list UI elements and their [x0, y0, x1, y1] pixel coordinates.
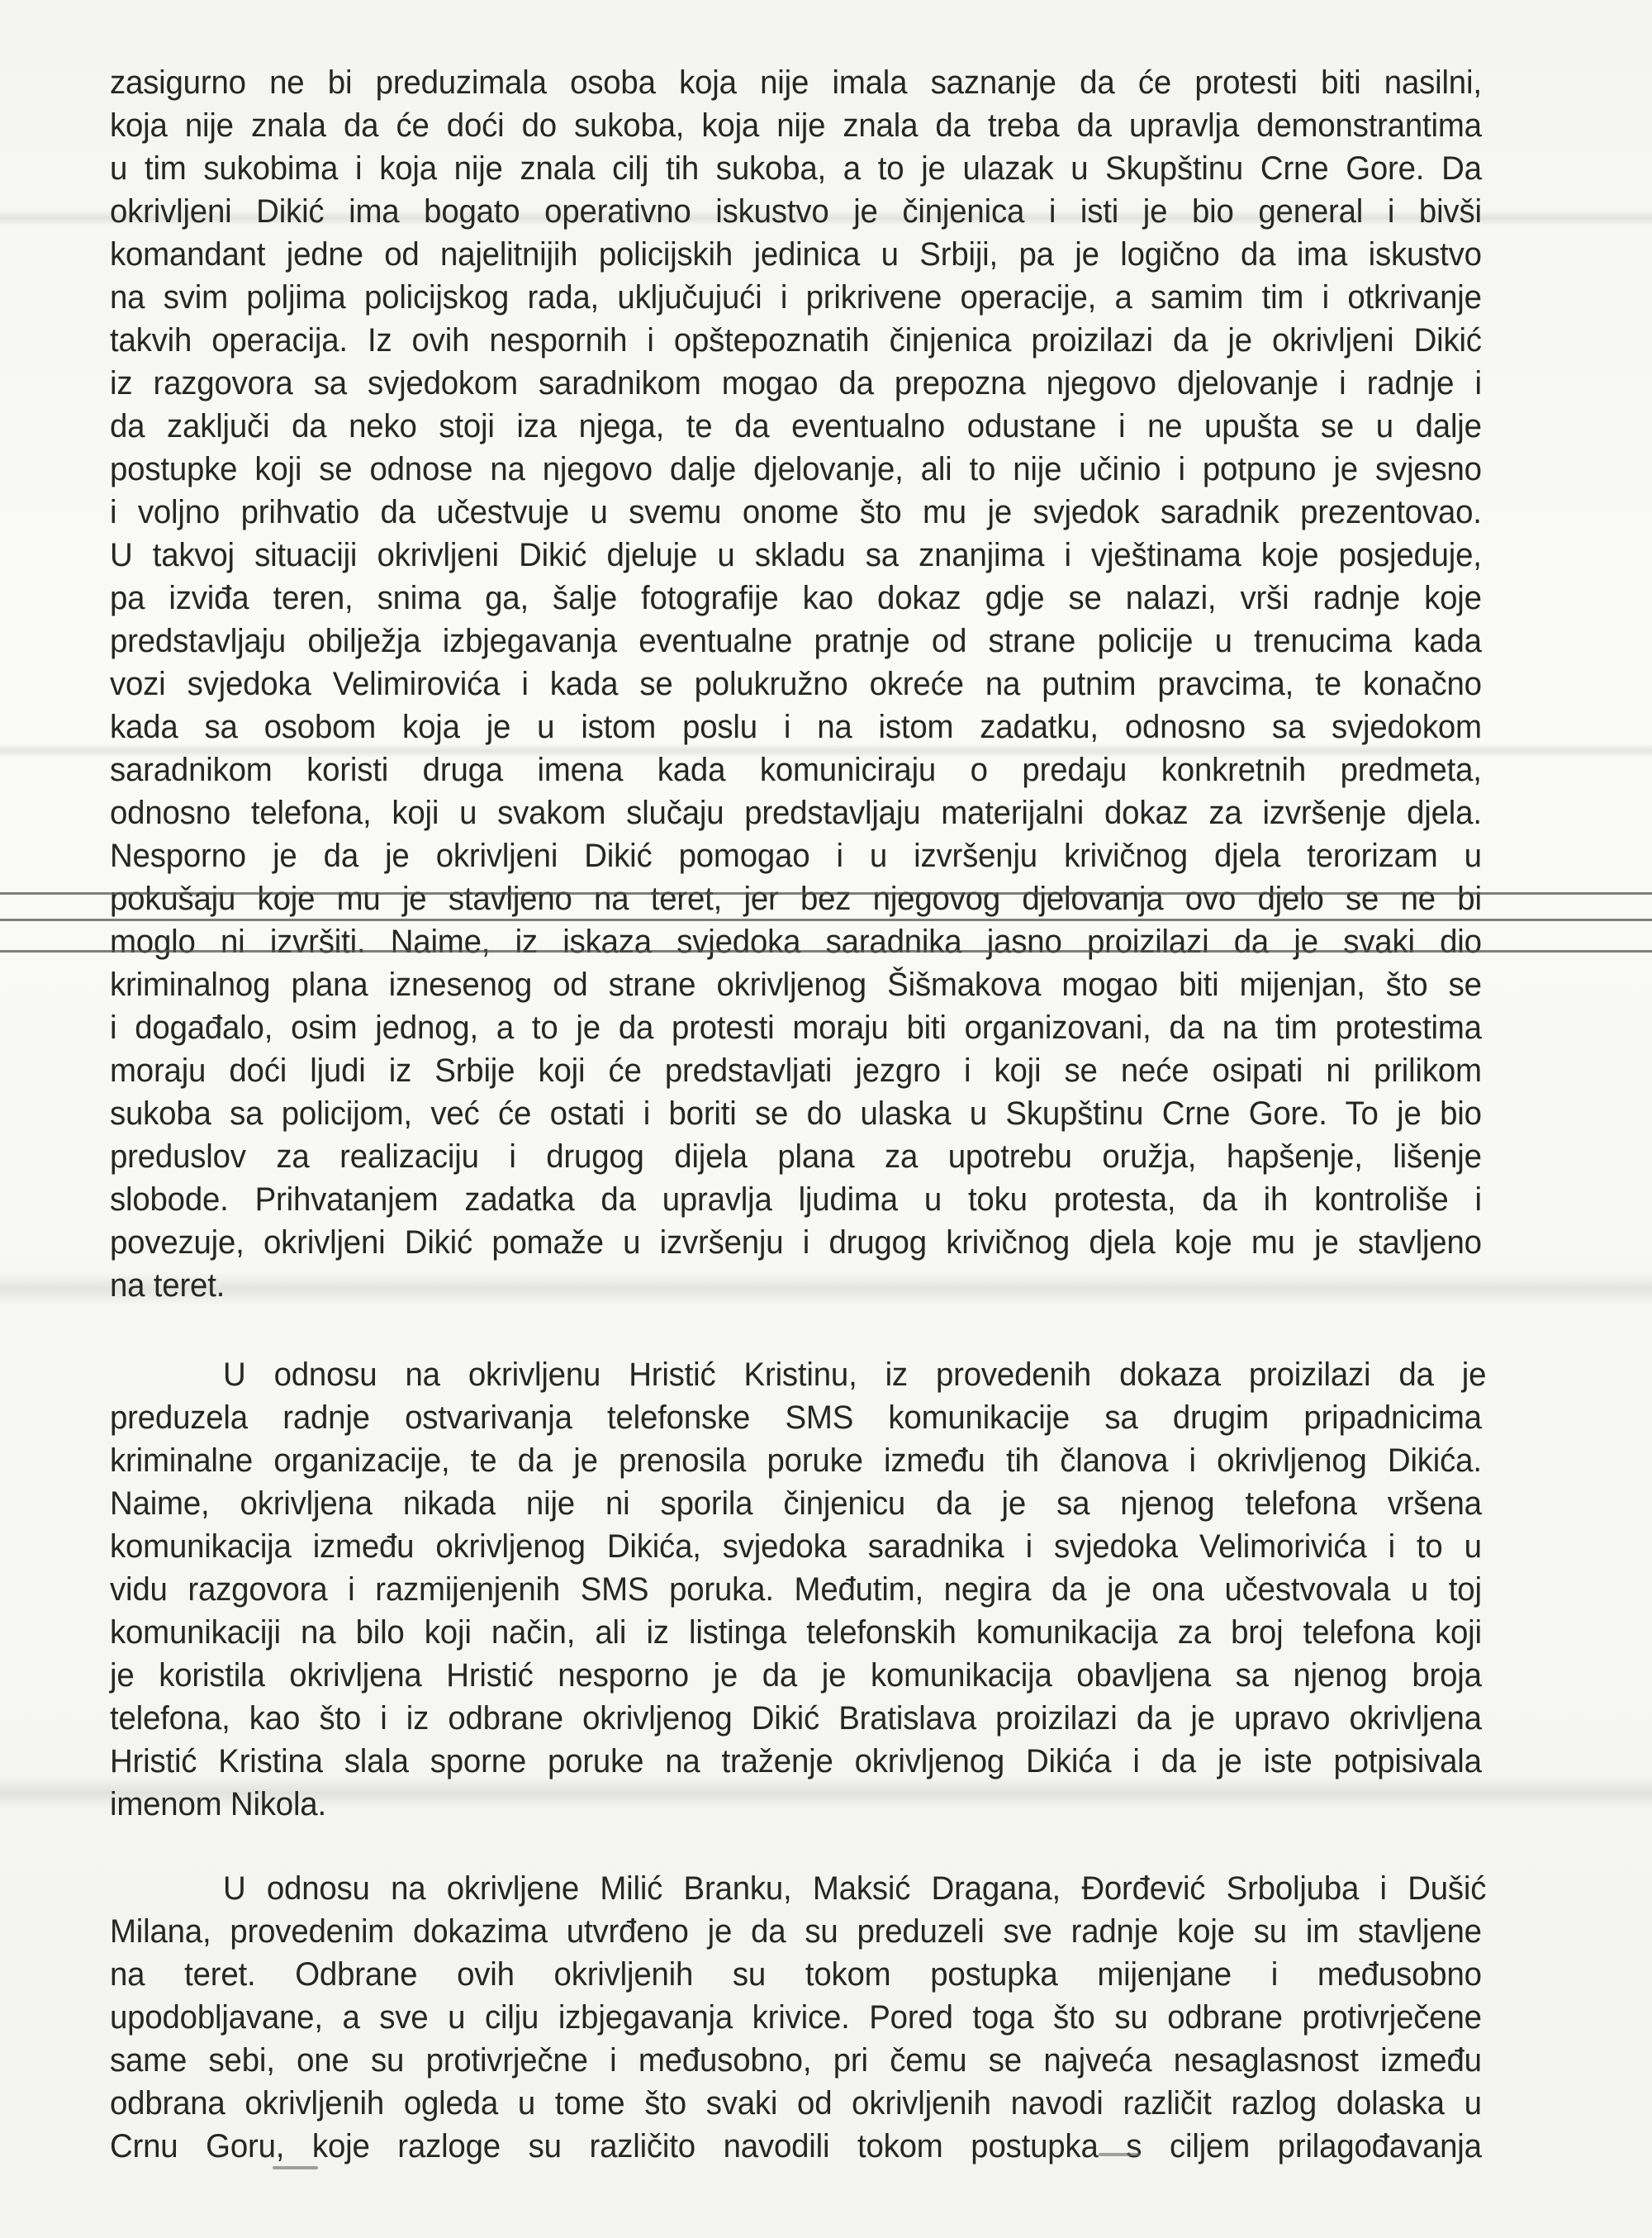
text-line: slobode. Prihvatanjem zadatka da upravlj…: [110, 1180, 1482, 1219]
text-line: kriminalnog plana iznesenog od strane ok…: [110, 965, 1482, 1005]
text-line: zasigurno ne bi preduzimala osoba koja n…: [110, 63, 1482, 102]
underline-mark: [0, 950, 1652, 953]
text-line: da zaključi da neko stoji iza njega, te …: [110, 406, 1482, 446]
text-line: saradnikom koristi druga imena kada komu…: [110, 750, 1482, 790]
text-line: imenom Nikola.: [110, 1784, 1482, 1824]
text-line: na svim poljima policijskog rada, uključ…: [110, 278, 1482, 317]
text-line: okrivljeni Dikić ima bogato operativno i…: [110, 192, 1482, 231]
text-line: Crnu Goru, koje razloge su različito nav…: [110, 2126, 1482, 2166]
pen-mark: [273, 2166, 318, 2169]
text-line: povezuje, okrivljeni Dikić pomaže u izvr…: [110, 1223, 1482, 1262]
text-line: i voljno prihvatio da učestvuje u svemu …: [110, 492, 1482, 532]
text-line: koja nije znala da će doći do sukoba, ko…: [110, 106, 1482, 145]
text-line: same sebi, one su protivrječne i međusob…: [110, 2041, 1482, 2080]
text-line: je koristila okrivljena Hristić nesporno…: [110, 1656, 1482, 1695]
text-line: U odnosu na okrivljene Milić Branku, Mak…: [223, 1869, 1486, 1908]
underline-mark: [0, 919, 1652, 921]
text-line: odnosno telefona, koji u svakom slučaju …: [110, 793, 1482, 833]
underline-mark: [0, 892, 1652, 895]
text-line: vozi svjedoka Velimirovića i kada se pol…: [110, 664, 1482, 704]
text-line: u tim sukobima i koja nije znala cilj ti…: [110, 149, 1482, 188]
text-line: vidu razgovora i razmijenjenih SMS poruk…: [110, 1570, 1482, 1609]
text-line: sukoba sa policijom, već će ostati i bor…: [110, 1094, 1482, 1133]
text-line: Nesporno je da je okrivljeni Dikić pomog…: [110, 836, 1482, 876]
text-line: takvih operacija. Iz ovih nespornih i op…: [110, 321, 1482, 360]
text-line: moglo ni izvršiti. Naime, iz iskaza svje…: [110, 922, 1482, 962]
text-line: komunikacija između okrivljenog Dikića, …: [110, 1527, 1482, 1566]
text-line: odbrana okrivljenih ogleda u tome što sv…: [110, 2084, 1482, 2123]
text-line: komandant jedne od najelitnijih policijs…: [110, 235, 1482, 274]
text-line: predstavljaju obilježja izbjegavanja eve…: [110, 621, 1482, 661]
pen-mark: [1099, 2153, 1140, 2156]
text-line: komunikaciji na bilo koji način, ali iz …: [110, 1613, 1482, 1652]
text-line: preduzela radnje ostvarivanja telefonske…: [110, 1398, 1482, 1437]
text-line: postupke koji se odnose na njegovo dalje…: [110, 449, 1482, 489]
text-line: Naime, okrivljena nikada nije ni sporila…: [110, 1484, 1482, 1523]
text-line: U takvoj situaciji okrivljeni Dikić djel…: [110, 535, 1482, 575]
scanned-page: zasigurno ne bi preduzimala osoba koja n…: [0, 0, 1652, 2238]
text-line: i događalo, osim jednog, a to je da prot…: [110, 1008, 1482, 1048]
text-line: pa izviđa teren, snima ga, šalje fotogra…: [110, 578, 1482, 618]
text-line: na teret.: [110, 1266, 1482, 1305]
text-line: telefona, kao što i iz odbrane okrivljen…: [110, 1699, 1482, 1738]
text-line: iz razgovora sa svjedokom saradnikom mog…: [110, 363, 1482, 403]
text-line: upodobljavane, a sve u cilju izbjegavanj…: [110, 1998, 1482, 2037]
text-line: preduslov za realizaciju i drugog dijela…: [110, 1137, 1482, 1176]
text-line: Milana, provedenim dokazima utvrđeno je …: [110, 1912, 1482, 1951]
text-line: moraju doći ljudi iz Srbije koji će pred…: [110, 1051, 1482, 1090]
text-line: na teret. Odbrane ovih okrivljenih su to…: [110, 1955, 1482, 1994]
text-line: pokušaju koje mu je stavljeno na teret, …: [110, 879, 1482, 919]
text-line: kada sa osobom koja je u istom poslu i n…: [110, 707, 1482, 747]
text-line: kriminalne organizacije, te da je prenos…: [110, 1441, 1482, 1480]
text-line: Hristić Kristina slala sporne poruke na …: [110, 1741, 1482, 1781]
text-line: U odnosu na okrivljenu Hristić Kristinu,…: [223, 1355, 1486, 1395]
